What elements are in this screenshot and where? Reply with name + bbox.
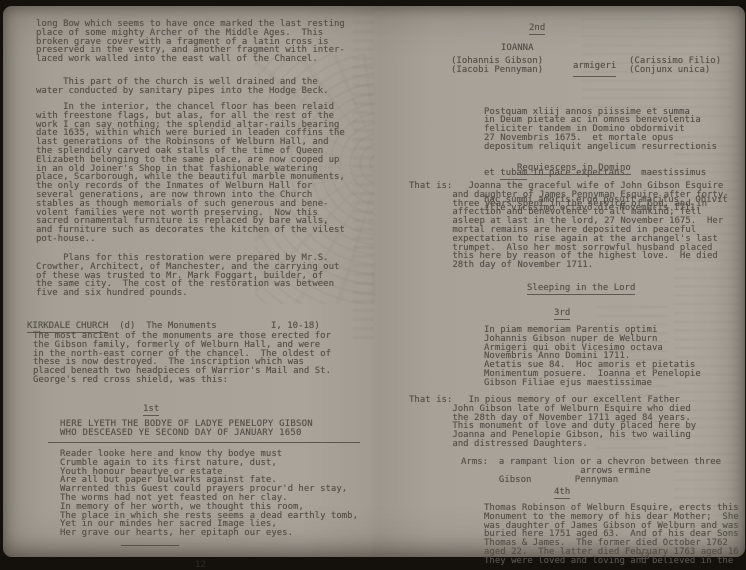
book-scan: long Bow which seems to have once marked… (3, 6, 745, 557)
page-number-right: 13 (639, 553, 650, 562)
bracket-middle-armigeri: armigeri (573, 62, 616, 77)
inscription-rule (48, 442, 360, 443)
heading-4th: 4th (554, 488, 570, 499)
latin-epitaph-2: In piam memoriam Parentis optimi Johanni… (484, 326, 701, 388)
heading-requiescens: Requiescens in Domino (517, 164, 631, 175)
heading-2nd: 2nd (529, 24, 545, 35)
section-body: The most ancient of the monuments are th… (33, 332, 331, 385)
tubam-line-pre: et (484, 168, 500, 178)
heading-sleeping-in-the-lord: Sleeping in the Lord (527, 284, 635, 295)
heading-3rd: 3rd (554, 309, 570, 320)
paragraph-restoration-plans: Plans for this restoration were prepared… (36, 254, 339, 298)
page-left: long Bow which seems to have once marked… (3, 6, 374, 557)
paragraph-interior: In the interior, the chancel floor has b… (36, 103, 345, 244)
monument-thomas-robinson: Thomas Robinson of Welburn Esquire, erec… (484, 504, 739, 564)
arms-block: Arms: a rampant lion or a chevron betwee… (461, 458, 721, 484)
heading-1st: 1st (143, 405, 159, 416)
bleedthrough-margin-marks (353, 12, 374, 342)
translation-joanna: That is: Joanna the graceful wife of Joh… (409, 182, 729, 270)
paragraph-grave-cover: long Bow which seems to have once marked… (36, 20, 345, 64)
paragraph-drainage: This part of the church is well drained … (36, 78, 329, 96)
section-title-rest: (d) The Monuments (108, 321, 216, 331)
bracket-right-phrases: (Carissimo Filio) (Conjunx unica) (629, 57, 721, 75)
poem-divider (121, 545, 179, 546)
page-right: 2nd IOANNA (Iohannis Gibson) (Iacobi Pen… (374, 6, 745, 557)
memorial-name: IOANNA (501, 44, 534, 53)
translation-john-gibson: That is: In pious memory of our excellen… (409, 396, 696, 449)
section-reference: I, 10-18) (271, 322, 320, 331)
latin-epitaph-1-part-a: Postquam xliij annos piissime et summa i… (484, 108, 728, 152)
bracket-left-names: (Iohannis Gibson) (Iacobi Pennyman) (451, 57, 543, 75)
section-heading-row: KIRKDALE CHURCH (d) The Monuments (27, 322, 217, 331)
inscription-penelopy-gibson: HERE LYETH THE BODYE OF LADYE PENELOPY G… (60, 420, 313, 438)
epitaph-poem: Reader looke here and know thy bodye mus… (60, 450, 358, 538)
